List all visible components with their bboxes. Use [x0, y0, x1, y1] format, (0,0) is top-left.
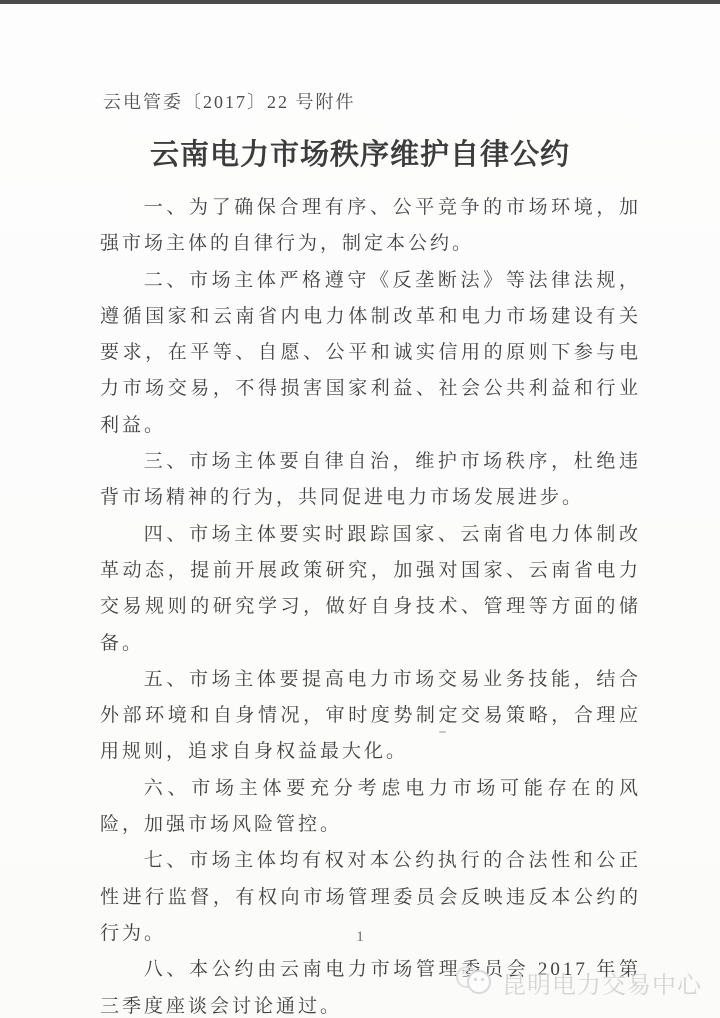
paragraph: 一、为了确保合理有序、公平竞争的市场环境，加强市场主体的自律行为，制定本公约。	[100, 190, 641, 263]
overlapping-circles-logo-icon	[454, 963, 494, 1002]
paragraph: 三、市场主体要自律自治，维护市场秩序，杜绝违背市场精神的行为，共同促进电力市场发…	[100, 444, 641, 517]
scan-top-edge-line	[0, 0, 720, 4]
paragraph: 五、市场主体要提高电力市场交易业务技能，结合外部环境和自身情况，审时度势制定交易…	[100, 662, 641, 771]
paragraph: 二、市场主体严格遵守《反垄断法》等法律法规，遵循国家和云南省内电力体制改革和电力…	[100, 263, 641, 444]
footer-brand: 昆明电力交易中心	[454, 963, 702, 1002]
paragraph: 六、市场主体要充分考虑电力市场可能存在的风险，加强市场风险管控。	[100, 771, 641, 844]
page-number: 1	[0, 929, 720, 946]
footer-brand-text: 昆明电力交易中心	[502, 965, 702, 1000]
scanned-document-page: 云电管委〔2017〕22 号附件 云南电力市场秩序维护自律公约 一、为了确保合理…	[0, 0, 720, 1018]
document-body: 一、为了确保合理有序、公平竞争的市场环境，加强市场主体的自律行为，制定本公约。二…	[100, 190, 641, 1018]
paragraph: 四、市场主体要实时跟踪国家、云南省电力体制改革动态，提前开展政策研究，加强对国家…	[100, 517, 641, 662]
document-title: 云南电力市场秩序维护自律公约	[0, 132, 720, 173]
scan-artifact-speck	[439, 731, 446, 733]
document-number: 云电管委〔2017〕22 号附件	[103, 88, 356, 114]
